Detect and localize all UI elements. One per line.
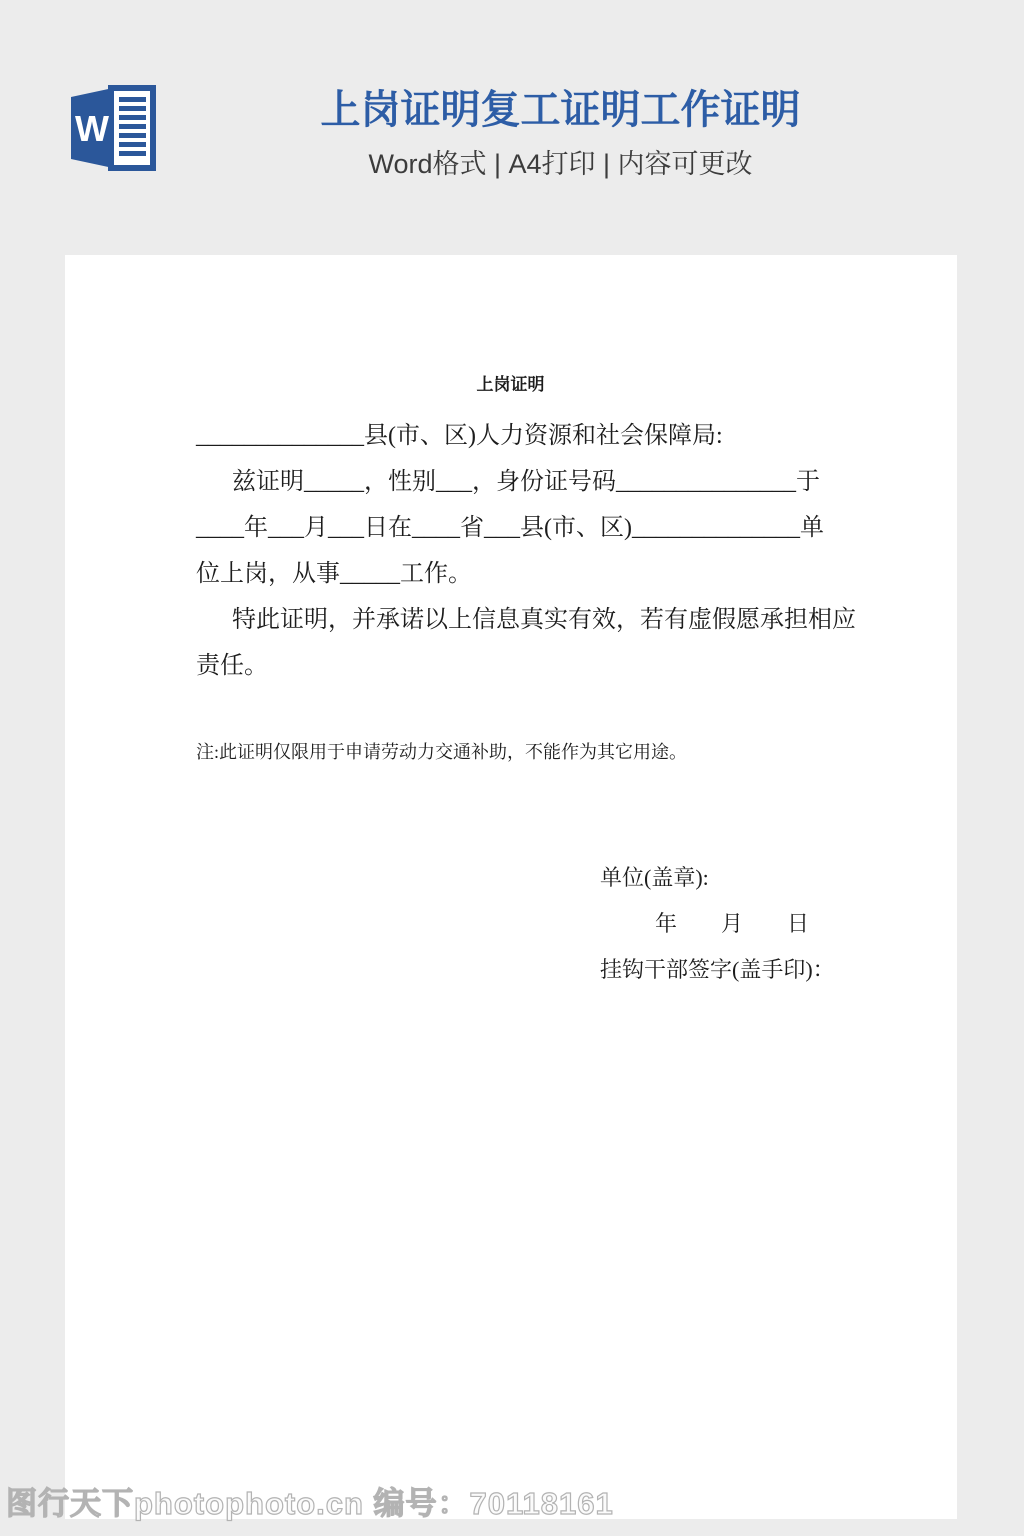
document-title: 上岗证明 xyxy=(196,373,825,397)
doc-line-date-place: ____年___月___日在____省___县(市、区)____________… xyxy=(196,505,825,551)
header: W 上岗证明复工证明工作证明 Word格式 | A4打印 | 内容可更改 xyxy=(65,82,964,180)
doc-line-declaration: 特此证明，并承诺以上信息真实有效，若有虚假愿承担相应 xyxy=(196,597,825,643)
signature-unit-seal: 单位(盖章): xyxy=(600,855,825,901)
doc-line-certify: 兹证明_____，性别___，身份证号码_______________于 xyxy=(196,459,825,505)
page-title: 上岗证明复工证明工作证明 xyxy=(157,84,964,136)
doc-line-job: 位上岗，从事_____工作。 xyxy=(196,551,825,597)
word-logo-graphic: W xyxy=(65,82,157,174)
signature-date: 年 月 日 xyxy=(600,901,825,947)
template-preview-canvas: W 上岗证明复工证明工作证明 Word格式 | A4打印 | 内容可更改 上岗证… xyxy=(0,0,1024,1536)
doc-note: 注:此证明仅限用于申请劳动力交通补助，不能作为其它用途。 xyxy=(196,737,825,767)
signature-block: 单位(盖章): 年 月 日 挂钩干部签字(盖手印)： xyxy=(600,855,825,993)
watermark-text: 图行天下photophoto.cn 编号：70118161 xyxy=(6,1484,614,1524)
page-subtitle: Word格式 | A4打印 | 内容可更改 xyxy=(157,148,964,180)
signature-cadre: 挂钩干部签字(盖手印)： xyxy=(600,947,825,993)
word-logo-letter: W xyxy=(75,108,109,149)
doc-line-responsibility: 责任。 xyxy=(196,643,825,689)
document-page: 上岗证明 ______________县(市、区)人力资源和社会保障局: 兹证明… xyxy=(65,255,957,1519)
doc-line-recipient: ______________县(市、区)人力资源和社会保障局: xyxy=(196,413,825,459)
header-text: 上岗证明复工证明工作证明 Word格式 | A4打印 | 内容可更改 xyxy=(157,82,964,180)
word-logo-icon: W xyxy=(65,82,157,174)
